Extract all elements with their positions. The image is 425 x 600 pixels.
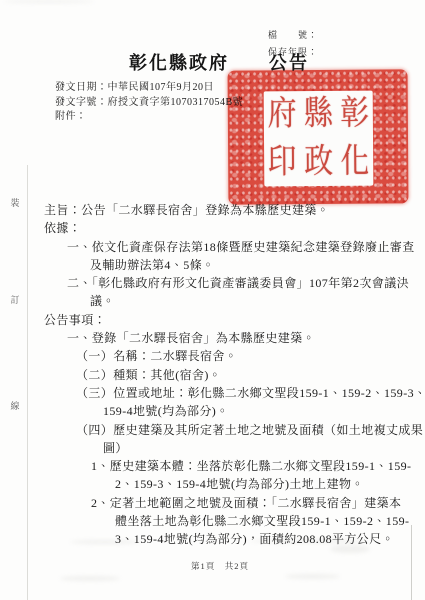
seal-char: 縣 bbox=[304, 98, 333, 132]
issue-date-value: 中華民國107年9月20日 bbox=[108, 82, 215, 93]
issue-date-row: 發文日期：中華民國107年9月20日 bbox=[55, 81, 243, 96]
page-number-footer: 第1頁 共2頁 bbox=[0, 560, 425, 572]
seal-char: 化 bbox=[340, 145, 369, 179]
doc-number-row: 發文字號：府授文資字第1070317054B號 bbox=[55, 96, 243, 111]
scan-smudge bbox=[60, 576, 120, 581]
doc-number-label: 發文字號： bbox=[55, 97, 108, 108]
official-seal-characters: 彰 化 縣 政 府 印 bbox=[264, 91, 374, 187]
issue-date-label: 發文日期： bbox=[55, 82, 108, 93]
body-line: 一、依文化資產保存法第18條暨歷史建築紀念建築登錄廢止審查 bbox=[67, 238, 425, 256]
body-line: 議。 bbox=[90, 292, 425, 310]
body-line: （四）歷史建築及其所定著土地之地號及面積（如土地複丈成果 bbox=[76, 421, 425, 439]
announcement-body: 主旨：公告「二水驛長宿舍」登錄為本縣歷史建築。 依據： 一、依文化資產保存法第1… bbox=[0, 201, 425, 549]
body-line: 1、歷史建築本體：坐落於彰化縣二水鄉文聖段159-1、159- bbox=[91, 457, 425, 475]
body-line: 體坐落土地為彰化縣二水鄉文聖段159-1、159-2、159- bbox=[115, 512, 425, 530]
body-line: 及輔助辦法第4、5條。 bbox=[90, 256, 425, 274]
body-line-basis: 依據： bbox=[44, 219, 425, 237]
seal-char: 彰 bbox=[340, 97, 369, 131]
body-line: 2、定著土地範圍之地號及面積：「二水驛長宿舍」建築本 bbox=[91, 494, 425, 512]
file-number-label: 檔 號： bbox=[268, 27, 318, 44]
seal-char: 印 bbox=[268, 145, 297, 179]
doc-number-value: 府授文資字第1070317054B號 bbox=[108, 97, 244, 108]
body-line-matters: 公告事項： bbox=[44, 311, 425, 329]
scan-smudge bbox=[4, 0, 94, 3]
body-line: 圖） bbox=[103, 439, 425, 457]
seal-char: 政 bbox=[304, 145, 333, 179]
body-line: 3、159-4地號(均為部分)，面積約208.08平方公尺。 bbox=[115, 530, 425, 548]
attachment-label: 附件： bbox=[55, 111, 87, 122]
scan-smudge bbox=[285, 574, 340, 579]
body-line: 159-4地號(均為部分)。 bbox=[103, 402, 425, 420]
body-line: （三）位置或地址：彰化縣二水鄉文聖段159-1、159-2、159-3、 bbox=[76, 384, 425, 402]
body-line: （二）種類：其他(宿舍)。 bbox=[76, 366, 425, 384]
body-line: 2、159-3、159-4地號(均為部分)土地上建物。 bbox=[115, 475, 425, 493]
attachment-row: 附件： bbox=[55, 110, 243, 125]
announcement-document: 裝 訂 線 檔 號： 保存年限： 彰化縣政府 公告 發文日期：中華民國107年9… bbox=[0, 0, 425, 600]
body-line: （一）名稱：二水驛長宿舍。 bbox=[76, 347, 425, 365]
issue-meta-block: 發文日期：中華民國107年9月20日 發文字號：府授文資字第1070317054… bbox=[55, 81, 243, 125]
official-seal-stamp: 彰 化 縣 政 府 印 bbox=[228, 69, 409, 204]
seal-char: 府 bbox=[267, 98, 296, 132]
body-line: 二、「彰化縣政府有形文化資產審議委員會」107年第2次會議決 bbox=[67, 274, 425, 292]
body-line: 一、登錄「二水驛長宿舍」為本縣歷史建築。 bbox=[67, 329, 425, 347]
